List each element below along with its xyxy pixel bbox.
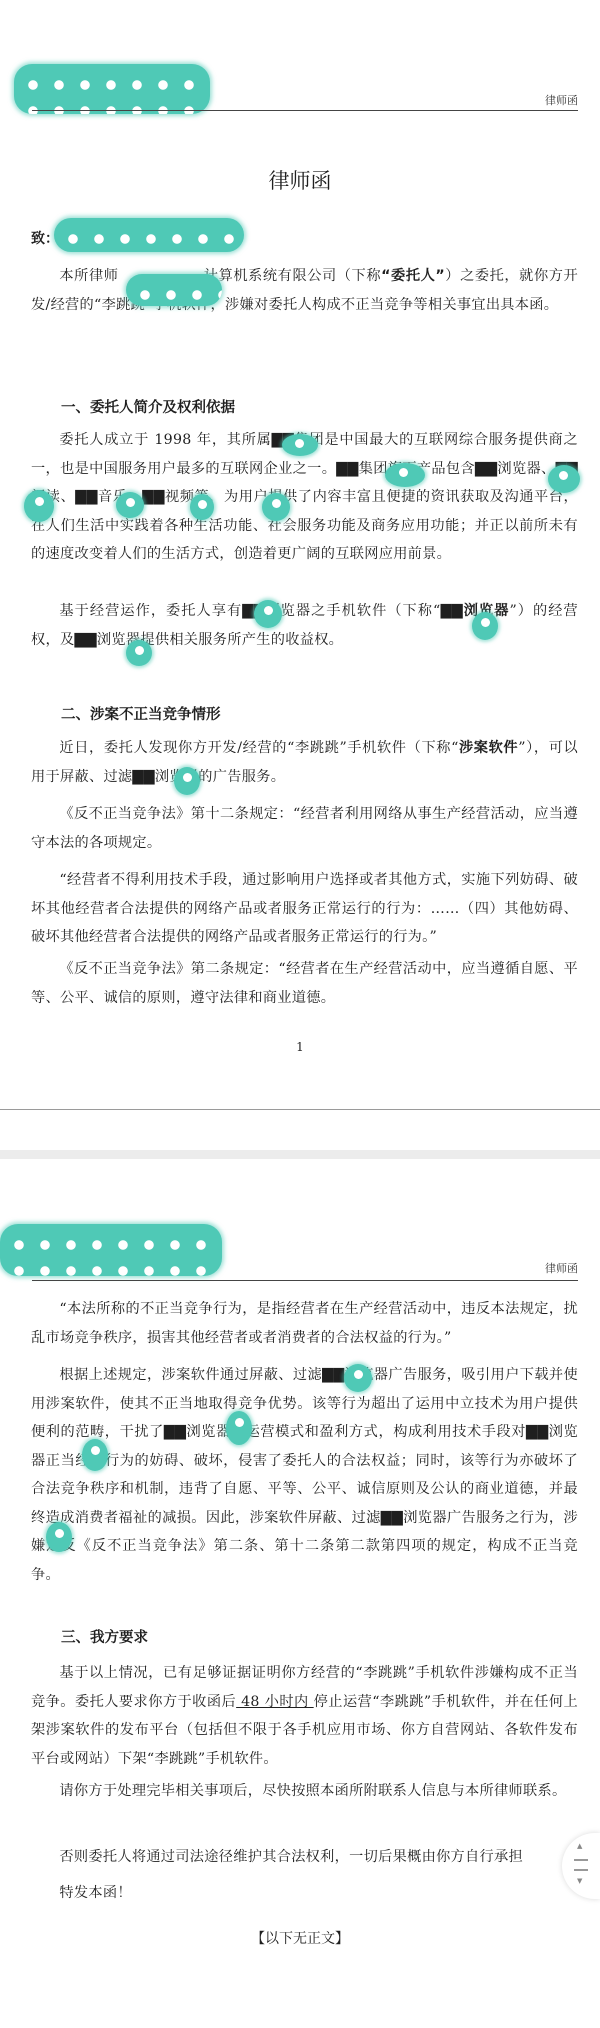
arrow-down-icon: ▼ bbox=[577, 1877, 582, 1885]
redaction-mark bbox=[262, 493, 290, 521]
redaction-mark bbox=[126, 640, 152, 666]
redaction-mark bbox=[548, 465, 580, 493]
redaction-mark bbox=[116, 492, 144, 518]
section-3-heading: 三、我方要求 bbox=[61, 1626, 148, 1647]
redaction-mark bbox=[344, 1364, 372, 1392]
scroll-up-down-icon bbox=[574, 1859, 588, 1871]
intro-paragraph: 本所律师计算机系统有限公司（下称“委托人”）之委托，就你方开发/经营的“李跳跳”… bbox=[31, 262, 578, 319]
redaction-mark bbox=[282, 434, 318, 456]
redaction-mark bbox=[472, 612, 498, 640]
header-label: 律师函 bbox=[545, 92, 578, 108]
arrow-up-icon: ▲ bbox=[577, 1842, 582, 1850]
redaction-law-firm-logo bbox=[0, 1224, 222, 1276]
page-gap bbox=[0, 1150, 600, 1159]
page-2-para-1: “本法所称的不正当竞争行为，是指经营者在生产经营活动中，违反本法规定，扰乱市场竞… bbox=[31, 1295, 578, 1352]
end-of-text-mark: 【以下无正文】 bbox=[0, 1928, 600, 1948]
section-2-para-3: “经营者不得利用技术手段，通过影响用户选择或者其他方式，实施下列妨碍、破坏其他经… bbox=[31, 866, 578, 952]
redaction-mark bbox=[190, 494, 214, 520]
letter-page-1: 律师函 律师函 致： 本所律师计算机系统有限公司（下称“委托人”）之委托，就你方… bbox=[0, 0, 600, 1090]
section-1-heading: 一、委托人简介及权利依据 bbox=[61, 396, 235, 417]
page-2-para-2: 根据上述规定，涉案软件通过屏蔽、过滤▇▇浏览器广告服务，吸引用户下载并使用涉案软… bbox=[31, 1361, 578, 1589]
section-3-para-4: 特发本函！ bbox=[31, 1879, 578, 1908]
section-2-para-1: 近日，委托人发现你方开发/经营的“李跳跳”手机软件（下称“涉案软件”），可以用于… bbox=[31, 734, 578, 791]
redaction-recipient bbox=[54, 218, 244, 252]
header-label: 律师函 bbox=[545, 1260, 578, 1276]
redaction-mark bbox=[174, 767, 200, 795]
redaction-mark bbox=[385, 463, 425, 487]
redaction-mark bbox=[24, 490, 54, 522]
section-3-para-2: 请你方于处理完毕相关事项后，尽快按照本函所附联系人信息与本所律师联系。 bbox=[31, 1777, 578, 1806]
section-2-heading: 二、涉案不正当竞争情形 bbox=[61, 703, 221, 724]
header-rule bbox=[32, 110, 578, 111]
section-2-para-2: 《反不正当竞争法》第十二条规定：“经营者利用网络从事生产经营活动，应当遵守本法的… bbox=[31, 800, 578, 857]
redaction-mark bbox=[82, 1439, 108, 1471]
redaction-client-name bbox=[126, 274, 222, 306]
redaction-mark bbox=[226, 1411, 252, 1445]
header-rule bbox=[32, 1280, 578, 1281]
section-2-para-4: 《反不正当竞争法》第二条规定：“经营者在生产经营活动中，应当遵循自愿、平等、公平… bbox=[31, 955, 578, 1012]
redaction-mark bbox=[254, 600, 282, 628]
redaction-law-firm-logo bbox=[14, 64, 210, 114]
page-number: 1 bbox=[0, 1040, 600, 1054]
document-title: 律师函 bbox=[0, 165, 600, 195]
section-3-para-1: 基于以上情况，已有足够证据证明你方经营的“李跳跳”手机软件涉嫌构成不正当竞争。委… bbox=[31, 1659, 578, 1773]
letter-page-2: 律师函 “本法所称的不正当竞争行为，是指经营者在生产经营活动中，违反本法规定，扰… bbox=[0, 1159, 600, 2028]
redaction-mark bbox=[46, 1522, 72, 1552]
section-3-para-3: 否则委托人将通过司法途径维护其合法权利，一切后果概由你方自行承担 bbox=[31, 1843, 556, 1872]
deadline-48-hours: 48 小时内 bbox=[236, 1694, 314, 1710]
page-fold-line bbox=[0, 1109, 600, 1110]
